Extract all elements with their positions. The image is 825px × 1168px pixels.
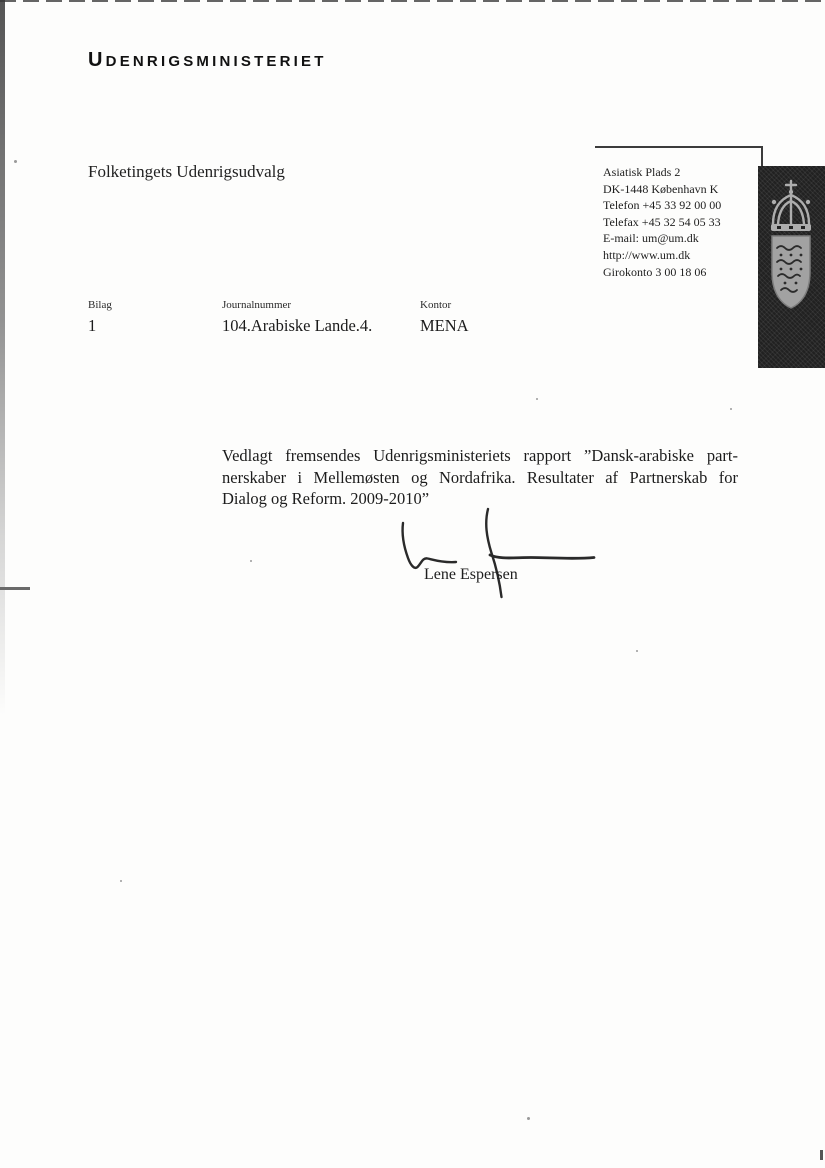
ministry-wordmark: UDENRIGSMINISTERIET bbox=[88, 49, 327, 72]
speckle bbox=[14, 160, 17, 163]
signature-name: Lene Espersen bbox=[424, 566, 518, 584]
speckle bbox=[536, 398, 538, 400]
scan-edge-artifact-dash bbox=[0, 587, 30, 590]
body-paragraph: Vedlagt fremsendes Udenrigsministeriets … bbox=[222, 445, 738, 510]
handwritten-signature bbox=[388, 503, 603, 603]
scanned-letter-page: UDENRIGSMINISTERIET Folketingets Udenrig… bbox=[0, 0, 825, 1168]
kontor-value: MENA bbox=[420, 316, 469, 336]
emblem-strip bbox=[758, 166, 825, 368]
reference-journalnummer: Journalnummer 104.Arabiske Lande.4. bbox=[222, 299, 372, 336]
contact-fax-line: Telefax +45 32 54 05 33 bbox=[603, 214, 721, 231]
contact-website-line: http://www.um.dk bbox=[603, 247, 721, 264]
reference-bilag: Bilag 1 bbox=[88, 299, 112, 336]
contact-phone-line: Telefon +45 33 92 00 00 bbox=[603, 197, 721, 214]
royal-coat-of-arms-icon bbox=[763, 178, 819, 348]
speckle bbox=[820, 1150, 823, 1160]
contact-block: Asiatisk Plads 2 DK-1448 København K Tel… bbox=[603, 164, 721, 280]
speckle bbox=[120, 880, 122, 882]
kontor-label: Kontor bbox=[420, 299, 469, 311]
speckle bbox=[250, 560, 252, 562]
speckle bbox=[636, 650, 638, 652]
contact-frame-right-rule bbox=[761, 146, 763, 167]
contact-frame-top-rule bbox=[595, 146, 763, 148]
reference-kontor: Kontor MENA bbox=[420, 299, 469, 336]
contact-address-line: Asiatisk Plads 2 bbox=[603, 164, 721, 181]
speckle bbox=[730, 408, 732, 410]
contact-city-line: DK-1448 København K bbox=[603, 181, 721, 198]
body-line: nerskaber i Mellemøsten og Nordafrika. R… bbox=[222, 467, 738, 489]
speckle bbox=[527, 1117, 530, 1120]
contact-giro-line: Girokonto 3 00 18 06 bbox=[603, 264, 721, 281]
scan-edge-artifact-top bbox=[0, 0, 825, 2]
journalnummer-label: Journalnummer bbox=[222, 299, 372, 311]
contact-email-line: E-mail: um@um.dk bbox=[603, 230, 721, 247]
recipient-line: Folketingets Udenrigsudvalg bbox=[88, 162, 285, 182]
body-line: Vedlagt fremsendes Udenrigsministeriets … bbox=[222, 445, 738, 467]
scan-edge-artifact-left bbox=[0, 0, 5, 715]
bilag-value: 1 bbox=[88, 316, 112, 336]
journalnummer-value: 104.Arabiske Lande.4. bbox=[222, 316, 372, 336]
bilag-label: Bilag bbox=[88, 299, 112, 311]
